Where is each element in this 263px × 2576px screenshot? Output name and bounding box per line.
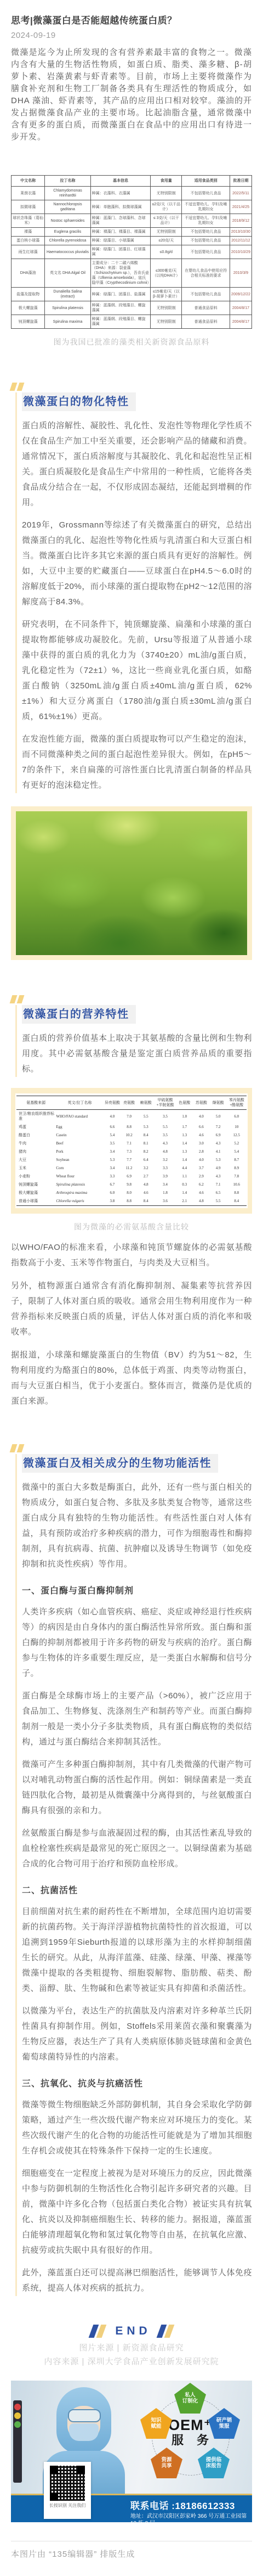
table-cell: 1.7: [176, 1123, 193, 1131]
table-cell: 7.8: [226, 1172, 247, 1181]
amino-table-caption: 图为微藻的必需氨基酸含量比较: [11, 1221, 252, 1232]
table-cell: Spirulina platensis: [55, 1181, 104, 1189]
table-cell: 10.6: [226, 1181, 247, 1189]
table-cell: Chlorella vulgaris: [55, 1197, 104, 1206]
table-cell: 5.5: [155, 1123, 176, 1131]
table-cell: 无特别限制: [151, 228, 182, 237]
table-cell: 2010/3/9: [230, 259, 251, 288]
table-cell: 6.0: [226, 1110, 247, 1124]
paragraph: 另外，植物源蛋白通常含有消化酶抑制剂、凝集素等抗营养因子，限制了人体对蛋白质的吸…: [11, 1278, 252, 1340]
algae-photo-frame: [11, 806, 252, 960]
table-cell: 3.2: [138, 1164, 155, 1172]
table-cell: 5.0: [210, 1110, 227, 1124]
column-header: 拉丁名称: [45, 176, 90, 187]
table-cell: 世卫/粮农组织推荐标准: [16, 1110, 55, 1124]
table-cell: ≤20克/天: [151, 237, 182, 245]
table-cell: 3.5: [155, 1110, 176, 1124]
table-cell: 3.4: [155, 1181, 176, 1189]
table-cell: 4.0: [104, 1110, 121, 1124]
column-header: 赖氨酸: [138, 1096, 155, 1110]
table-cell: 5.4: [226, 1148, 247, 1156]
section-body: 微藻蛋白的物化特性 蛋白质的溶解性、凝胶性、乳化性、发泡性等物理化学性质不仅在食…: [15, 392, 252, 793]
paragraph: 微藻等微生物细胞缺乏外部防御机制，其自身会采取化学防御策略，通过产生一些次级代谢…: [22, 2097, 252, 2159]
table-cell: 6.9: [121, 1172, 138, 1181]
table-cell: 4.3: [210, 1140, 227, 1148]
table-cell: 4.6: [193, 1189, 210, 1197]
table-cell: 4.3: [155, 1140, 176, 1148]
table-cell: 英文名 DHA Algal Oil: [45, 259, 90, 288]
column-header: 缬氨酸: [210, 1096, 227, 1110]
table-cell: 1.3: [176, 1148, 193, 1156]
table-cell: Nostoc sphaeroides: [45, 214, 90, 228]
table-row: 大豆Soybean5.37.76.43.21.44.05.38.7: [16, 1156, 247, 1164]
page-title: 思考|微藻蛋白是否能超越传统蛋白质？: [11, 14, 252, 27]
table-cell: 7.1: [210, 1181, 227, 1189]
contact-address: 地址：武汉市汉阳区彭家岭 366 号万通工业园第 13 栋 3 层: [130, 2513, 248, 2522]
table-cell: 4.0: [193, 1156, 210, 1164]
oem-petal: 私人订制化: [174, 2383, 206, 2414]
table-cell: Corn: [55, 1164, 104, 1172]
table-cell: 3.4: [104, 1164, 121, 1172]
table-cell: 无特别限制: [151, 187, 182, 200]
mask-shape: [69, 2423, 99, 2441]
table-cell: 12.5: [226, 1131, 247, 1140]
table-cell: 鸡蛋: [16, 1123, 55, 1131]
intro-paragraph: 微藻是迄今为止所发现的含有营养素最丰富的食物之一。微藻内含有大量的生物活性物质，…: [11, 47, 252, 143]
article-page: 思考|微藻蛋白是否能超越传统蛋白质？ 2024-09-19 微藻是迄今为止所发现…: [0, 0, 263, 2576]
table-cell: 8.8: [121, 1123, 138, 1131]
table-cell: Dunaliella Salina (extract): [45, 288, 90, 301]
table-cell: 4.8: [193, 1197, 210, 1206]
table-row: 极大螺旋藻Arthrospira maxima6.08.04.61.81.44.…: [16, 1189, 247, 1197]
table-cell: 1.4: [176, 1140, 193, 1148]
table-cell: ≤300毫克/天（以纯DHA计）: [151, 259, 182, 288]
table-cell: 8.4: [138, 1131, 155, 1140]
table-cell: 8.4: [138, 1197, 155, 1206]
table-cell: 不包括婴幼儿食品: [182, 228, 230, 237]
subsection-title: 二、抗菌活性: [22, 1885, 252, 1897]
table-cell: Arthrospira maxima: [55, 1189, 104, 1197]
table-row: 拟微球藻Nannochloropsis gaditana种属：单胞藻科、拟微球藻…: [12, 200, 252, 214]
table-cell: WHO/FAO standard: [55, 1110, 104, 1124]
signal-tower-icon: [13, 2400, 22, 2483]
paragraph: 微藻可产生多种蛋白酶抑制剂，其中有几类微藻的代谢产物可以对哺乳动物蛋白酶的活性起…: [22, 1757, 252, 1819]
content-source-credit: 内容来源 | 深圳大学食品产业创新发展研究院: [11, 2355, 252, 2369]
table-cell: 普通小球藻: [16, 1197, 55, 1206]
table-cell: 7.3: [121, 1148, 138, 1156]
table-cell: 2010/10/29: [230, 245, 251, 259]
table-cell: 3.6: [155, 1197, 176, 1206]
table-row: 牛肉Beef3.57.18.14.31.43.04.35.2: [16, 1140, 247, 1148]
table-cell: Casein: [55, 1131, 104, 1140]
table-cell: 6.0: [104, 1189, 121, 1197]
table-row: 鸡蛋Egg6.68.85.35.51.76.67.210: [16, 1123, 247, 1131]
table-cell: 2.7: [138, 1172, 155, 1181]
table-cell: 2013/10/30: [230, 228, 251, 237]
section-body: 微藻蛋白的营养特性 蛋白质的营养价值基本上取决于其氨基酸的含量比例和生物利用度。…: [15, 1005, 252, 1077]
table-cell: 在婴幼儿食品中使用应符合相关标准的要求: [182, 259, 230, 288]
subsection-title: 三、抗氧化、抗炎与抗癌活性: [22, 2078, 252, 2090]
table-cell: 3.5: [155, 1131, 176, 1140]
table-cell: 2.9: [193, 1172, 210, 1181]
table-cell: 酪蛋白: [16, 1131, 55, 1140]
green-light-icon: [14, 2421, 21, 2428]
column-header: 食用量: [151, 176, 182, 187]
table-cell: 4.0: [193, 1110, 210, 1124]
table-cell: 不包括婴幼儿食品: [182, 237, 230, 245]
table-cell: 不适宜婴幼儿、孕妇及哺乳期妇女: [182, 200, 230, 214]
table-cell: 钝顶螺旋藻: [12, 315, 45, 329]
table-cell: 5.5: [210, 1197, 227, 1206]
table-cell: 10: [226, 1123, 247, 1131]
table-cell: 大豆: [16, 1156, 55, 1164]
table-cell: 不适宜婴幼儿、孕妇及哺乳期妇女: [182, 214, 230, 228]
table-cell: Nannochloropsis gaditana: [45, 200, 90, 214]
paragraph: 人类许多疾病（如心血管疾病、癌症、炎症或神经退行性疾病等）的病因是由自身体内的蛋…: [22, 1604, 252, 1681]
table-row: 玉米Corn3.411.23.23.34.43.74.98.9: [16, 1164, 247, 1172]
table-cell: 种属：单胞藻科、拟微球藻属: [90, 200, 151, 214]
table-cell: 7.1: [121, 1140, 138, 1148]
table-cell: 8.2: [138, 1148, 155, 1156]
qr-code-box: 长按识别 关注我们: [44, 2462, 91, 2519]
table-row: 极大螺旋藻Spirulina platensis种属：蓝藻纲、段殖藻目、螺旋藻属…: [12, 301, 252, 315]
table-row: 普通小球藻Chlorella vulgaris3.88.88.43.62.14.…: [16, 1197, 247, 1206]
paragraph: 蛋白质的溶解性、凝胶性、乳化性、发泡性等物理化学性质不仅在食品生产加工中至关重要…: [22, 418, 252, 510]
table-cell: 拟微球藻: [12, 200, 45, 214]
table-cell: 3.8: [104, 1197, 121, 1206]
footer-banner: OEM⁺ 服 务 私人订制化知识赋能研产销策服资源共享提供临床报告 长按识别 关…: [11, 2381, 252, 2522]
table-cell: 盐藻及提取物: [12, 288, 45, 301]
table-cell: 5.3: [104, 1156, 121, 1164]
paragraph: 在发泡性能方面，微藻的蛋白质提取物可以产生稳定的泡沫，而不同微藻种类之间的蛋白起…: [22, 732, 252, 793]
table-cell: 2009/12/22: [230, 288, 251, 301]
table-cell: Beef: [55, 1140, 104, 1148]
table-cell: 5.3: [210, 1156, 227, 1164]
table-row: 猪肉Pork3.47.38.24.81.32.84.15.4: [16, 1148, 247, 1156]
table-cell: 8.0: [121, 1189, 138, 1197]
footer-note: 本图片由 “135编辑器” 排版生成: [11, 2548, 252, 2560]
table-cell: 6.6: [193, 1123, 210, 1131]
table-cell: 6.5: [210, 1189, 227, 1197]
qr-caption: 长按识别 关注我们: [44, 2502, 91, 2508]
table-cell: 3.7: [193, 1164, 210, 1172]
table-cell: 主要成分：二十二碳六烯酸（DHA）来源：裂壶藻（Schizochytrium s…: [90, 259, 151, 288]
quote-icon: [11, 383, 252, 391]
table-cell: 钝顶螺旋藻: [16, 1181, 55, 1189]
table-cell: 雨生红球藻: [12, 245, 45, 259]
table-row: DHA藻油英文名 DHA Algal Oil主要成分：二十二碳六烯酸（DHA）来…: [12, 259, 252, 288]
table-row: 酪蛋白Casein5.410.28.43.51.34.66.912.5: [16, 1131, 247, 1140]
column-header: 批准日期: [230, 176, 251, 187]
table-row: 莱茵衣藻Chlamydomonas reinhardtii种属：衣藻科、衣藻属无…: [12, 187, 252, 200]
table-row: 钝顶螺旋藻Spirulina platensis6.79.84.83.40.36…: [16, 1181, 247, 1189]
table-cell: 8.9: [226, 1164, 247, 1172]
column-header: 氨基酸来源: [16, 1096, 55, 1110]
table-cell: Spirulina platensis: [45, 301, 90, 315]
table-cell: 6.2: [193, 1181, 210, 1189]
table-row: 世卫/粮农组织推荐标准WHO/FAO standard4.07.05.53.51…: [16, 1110, 247, 1124]
table-cell: Wheat flour: [55, 1172, 104, 1181]
table-cell: 无特别限制: [151, 301, 182, 315]
table-cell: 裸藻: [12, 228, 45, 237]
column-header: 苯丙氨酸+酪氨酸: [226, 1096, 247, 1110]
table-cell: 1.3: [176, 1131, 193, 1140]
end-label: END: [115, 2325, 151, 2337]
table-cell: 4.3: [210, 1172, 227, 1181]
paragraph: 以微藻为平台，表达生产的抗菌肽及内溶素对许多种革兰氏阴性菌具有抑制作用。例如，S…: [22, 2003, 252, 2065]
table-cell: 1.4: [176, 1189, 193, 1197]
table-cell: ≤ 3克/天（以干品计）: [151, 214, 182, 228]
table-cell: 1.4: [176, 1156, 193, 1164]
column-header: 苏氨酸: [193, 1096, 210, 1110]
table-row: 小麦粉Wheat flour3.36.92.73.91.12.94.37.8: [16, 1172, 247, 1181]
column-header: 亮氨酸: [121, 1096, 138, 1110]
table-cell: 种属：绿藻门、团藻目、红球藻属: [90, 245, 151, 259]
table-cell: 6.9: [210, 1131, 227, 1140]
table-row: 球状念珠藻（葛仙米）Nostoc sphaeroides种属：蓝藻门、念球藻科、…: [12, 214, 252, 228]
table-cell: Haematococcus pluvialis: [45, 245, 90, 259]
table-cell: Euglena gracilis: [45, 228, 90, 237]
section-heading: 微藻蛋白及相关成分的生物功能活性: [22, 1454, 218, 1473]
table-cell: 4.4: [176, 1164, 193, 1172]
table-cell: 小麦粉: [16, 1172, 55, 1181]
approved-algae-table: 中文名称拉丁名称基本信息食用量适用食品类别批准日期 莱茵衣藻Chlamydomo…: [11, 175, 252, 329]
yellow-light-icon: [14, 2412, 21, 2419]
table-cell: 2.1: [176, 1197, 193, 1206]
table-cell: 猪肉: [16, 1148, 55, 1156]
table-cell: 4.6: [193, 1131, 210, 1140]
table-cell: 2012/11/12: [230, 237, 251, 245]
divider: [11, 2541, 252, 2541]
table-cell: 4.8: [138, 1181, 155, 1189]
table-cell: 3.9: [155, 1172, 176, 1181]
table-cell: 无特别限制: [151, 315, 182, 329]
table-cell: 种属：蓝藻纲、段殖藻目、螺旋藻属: [90, 301, 151, 315]
table-cell: 6.6: [104, 1123, 121, 1131]
table-cell: 7.0: [121, 1110, 138, 1124]
table-cell: 普通食品原料: [182, 315, 230, 329]
section-physchem: 微藻蛋白的物化特性 蛋白质的溶解性、凝胶性、乳化性、发泡性等物理化学性质不仅在食…: [11, 383, 252, 960]
section-nutrition: 微藻蛋白的营养特性 蛋白质的营养价值基本上取决于其氨基酸的含量比例和生物利用度。…: [11, 995, 252, 1409]
column-header: 基本信息: [90, 176, 151, 187]
paragraph: 细胞癌变在一定程度上被视为是对环境压力的反应，因此微藻中参与防御机制的生物活性化…: [22, 2166, 252, 2258]
table-cell: 种属：蓝藻纲、段殖藻目、螺旋藻属: [90, 315, 151, 329]
table-cell: 1.8: [155, 1189, 176, 1197]
table-header-row: 氨基酸来源英文/拉丁名称异亮氨酸亮氨酸赖氨酸甲硫氨酸+半胱氨酸色氨酸苏氨酸缬氨酸…: [16, 1096, 247, 1110]
table-cell: 3.3: [155, 1164, 176, 1172]
table-cell: 3.0: [193, 1140, 210, 1148]
section-body: 微藻蛋白及相关成分的生物功能活性 微藻中的蛋白大多数是酶蛋白，此外，还有一些与蛋…: [15, 1454, 252, 2296]
qr-code-icon: [50, 2466, 85, 2501]
table-cell: 种属：衣藻科、衣藻属: [90, 187, 151, 200]
table-cell: 2.8: [193, 1148, 210, 1156]
contact-phone: 联系电话 :18186612333: [130, 2498, 248, 2512]
section-bioactivity: 微藻蛋白及相关成分的生物功能活性 微藻中的蛋白大多数是酶蛋白，此外，还有一些与蛋…: [11, 1444, 252, 2296]
table-cell: 4.6: [138, 1189, 155, 1197]
paragraph: 2019年，Grossmann等综述了有关微藻蛋白的研究，总结出微藻蛋白的乳化、…: [22, 518, 252, 610]
table-cell: 8.4: [226, 1197, 247, 1206]
table-cell: 2004/8/17: [230, 301, 251, 315]
table-cell: 8.7: [226, 1156, 247, 1164]
quote-icon: [11, 995, 252, 1004]
table-cell: 莱茵衣藻: [12, 187, 45, 200]
table-cell: 牛肉: [16, 1140, 55, 1148]
table-cell: 2021/4/25: [230, 200, 251, 214]
column-header: 中文名称: [12, 176, 45, 187]
table-cell: 5.5: [138, 1110, 155, 1124]
table-cell: 种属：蓝藻门、念球藻科、念球藻属: [90, 214, 151, 228]
publish-date: 2024-09-19: [11, 31, 252, 40]
table-cell: 7.2: [210, 1123, 227, 1131]
table-cell: 种属：裸藻门、裸藻目、裸藻属: [90, 228, 151, 237]
paragraph: 以WHO/FAO的标准来看，小球藻和钝顶节螺旋体的必需氨基酸指数高于小麦、玉米等…: [11, 1240, 252, 1271]
table-cell: 不包括婴幼儿食品: [182, 187, 230, 200]
table-cell: Chlamydomonas reinhardtii: [45, 187, 90, 200]
column-header: 色氨酸: [176, 1096, 193, 1110]
table-cell: 种属：绿藻门、团藻目、盐藻属: [90, 288, 151, 301]
table-cell: 8.8: [121, 1197, 138, 1206]
table-cell: 8.8: [226, 1189, 247, 1197]
table-cell: 玉米: [16, 1164, 55, 1172]
paragraph: 此外，藻蓝蛋白还可以提高淋巴细胞活性，能够调节人体免疫系统，提高人体对疾病的抵抗…: [22, 2265, 252, 2296]
algae-photo: [16, 811, 247, 955]
table-cell: 3.3: [104, 1172, 121, 1181]
table-cell: 5.4: [104, 1131, 121, 1140]
table-cell: 球状念珠藻（葛仙米）: [12, 214, 45, 228]
table-row: 雨生红球藻Haematococcus pluvialis种属：绿藻门、团藻目、红…: [12, 245, 252, 259]
table-cell: ≤15毫克/天（以β-胡萝卜素计）: [151, 288, 182, 301]
table-cell: ≤0.8g/d: [151, 245, 182, 259]
table-cell: 4.8: [155, 1148, 176, 1156]
table-cell: 3.4: [104, 1148, 121, 1156]
table-cell: 3.5: [104, 1140, 121, 1148]
table-cell: ≤2克/天（以干品计）: [151, 200, 182, 214]
column-header: 甲硫氨酸+半胱氨酸: [155, 1096, 176, 1110]
table-cell: 5.2: [226, 1140, 247, 1148]
table-cell: 0.3: [176, 1181, 193, 1189]
paragraph: 据报道，小球藻和螺旋藻蛋白的生物值（BV）约为51～82，生物利用度约为酪蛋白的…: [11, 1348, 252, 1409]
quote-icon: [11, 1444, 252, 1453]
column-header: 适用食品类别: [182, 176, 230, 187]
section-heading: 微藻蛋白的营养特性: [22, 1005, 136, 1024]
table-cell: 1.1: [176, 1172, 193, 1181]
paragraph: 蛋白质的营养价值基本上取决于其氨基酸的含量比例和生物利用度。其中必需氨基酸含量是…: [22, 1031, 252, 1077]
subsection-title: 一、蛋白酶与蛋白酶抑制剂: [22, 1585, 252, 1597]
paragraph: 目前细菌对抗生素的耐药性在不断增加，全球范围内迫切需要新的抗菌药物。关于海洋浮游…: [22, 1904, 252, 1996]
table-cell: 不包括婴幼儿食品: [182, 245, 230, 259]
column-header: 异亮氨酸: [104, 1096, 121, 1110]
table-cell: 4.9: [210, 1164, 227, 1172]
table-row: 钝顶螺旋藻Spirulina maxima种属：蓝藻纲、段殖藻目、螺旋藻属无特别…: [12, 315, 252, 329]
table-cell: 11.2: [121, 1164, 138, 1172]
table-cell: 不包括婴幼儿食品: [182, 288, 230, 301]
table-cell: 10.2: [121, 1131, 138, 1140]
table-cell: 1.0: [176, 1110, 193, 1124]
section-heading: 微藻蛋白的物化特性: [22, 392, 136, 411]
table-cell: DHA藻油: [12, 259, 45, 288]
table-cell: 6.7: [104, 1181, 121, 1189]
table-cell: 6.4: [138, 1156, 155, 1164]
table-row: 蛋白核小球藻Chlorella pyrenoidosa种属：绿藻目、小球藻属≤2…: [12, 237, 252, 245]
table-cell: 极大螺旋藻: [12, 301, 45, 315]
paragraph: 丝氨酸蛋白酶是参与血液凝固过程的酶，由其活性紊乱导致的血栓栓塞性疾病是最常见的死…: [22, 1826, 252, 1872]
table-row: 裸藻Euglena gracilis种属：裸藻门、裸藻目、裸藻属无特别限制不包括…: [12, 228, 252, 237]
image-source-credit: 图片来源 | 新资源食品研究: [11, 2341, 252, 2355]
table-cell: 极大螺旋藻: [16, 1189, 55, 1197]
paragraph: 研究表明，在不同条件下，钝顶螺旋藻、扁藻和小球藻的蛋白提取物都能够成功凝胶化。先…: [22, 617, 252, 725]
table-cell: 7.7: [121, 1156, 138, 1164]
table-cell: 5.3: [138, 1123, 155, 1131]
table-row: 盐藻及提取物Dunaliella Salina (extract)种属：绿藻门、…: [12, 288, 252, 301]
red-light-icon: [14, 2404, 21, 2410]
table-cell: Spirulina maxima: [45, 315, 90, 329]
table-cell: 蛋白核小球藻: [12, 237, 45, 245]
amino-table-frame: 氨基酸来源英文/拉丁名称异亮氨酸亮氨酸赖氨酸甲硫氨酸+半胱氨酸色氨酸苏氨酸缬氨酸…: [11, 1088, 252, 1214]
table-cell: 2004/8/17: [230, 315, 251, 329]
table-cell: 8.1: [138, 1140, 155, 1148]
oem-diagram: OEM⁺ 服 务 私人订制化知识赋能研产销策服资源共享提供临床报告: [136, 2383, 244, 2490]
table-header-row: 中文名称拉丁名称基本信息食用量适用食品类别批准日期: [12, 176, 252, 187]
table-cell: 种属：绿藻目、小球藻属: [90, 237, 151, 245]
table-cell: 3.2: [155, 1156, 176, 1164]
paragraph: 蛋白酶是全球酶市场上的主要产品（>60%），被广泛应用于食品加工、生物修复、洗涤…: [22, 1688, 252, 1750]
goggles-shape: [68, 2409, 101, 2422]
table-cell: 2018/9/12: [230, 214, 251, 228]
table-cell: Pork: [55, 1148, 104, 1156]
table-cell: 普通食品原料: [182, 301, 230, 315]
paragraph: 微藻中的蛋白大多数是酶蛋白，此外，还有一些与蛋白相关的物质成分，如蛋白复合物、多…: [22, 1480, 252, 1572]
table-cell: 4.1: [210, 1148, 227, 1156]
column-header: 英文/拉丁名称: [55, 1096, 104, 1110]
amino-acid-table: 氨基酸来源英文/拉丁名称异亮氨酸亮氨酸赖氨酸甲硫氨酸+半胱氨酸色氨酸苏氨酸缬氨酸…: [16, 1096, 247, 1206]
end-marker: END: [11, 2325, 252, 2341]
table-cell: Egg: [55, 1123, 104, 1131]
algae-table-caption: 图为我国已批准的藻类相关新资源食品原料: [11, 336, 252, 347]
table-cell: 9.8: [121, 1181, 138, 1189]
table-cell: 2022/5/11: [230, 187, 251, 200]
table-cell: Soybean: [55, 1156, 104, 1164]
table-cell: Chlorella pyrenoidosa: [45, 237, 90, 245]
